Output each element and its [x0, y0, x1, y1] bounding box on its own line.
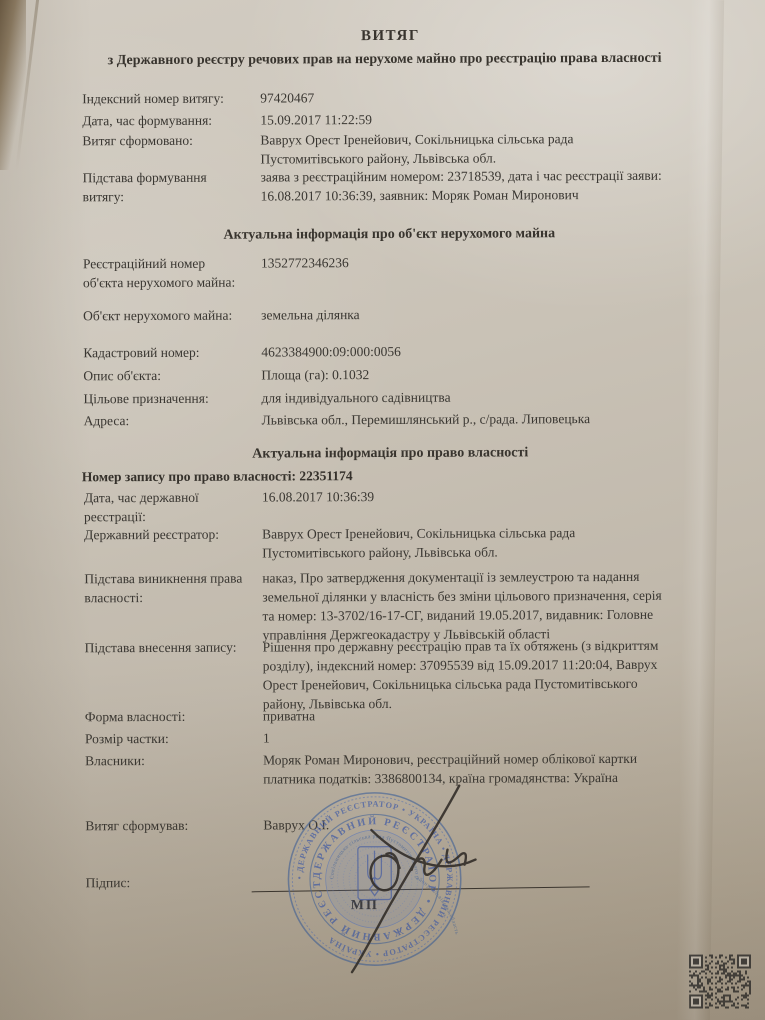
document-content: ВИТЯГ з Державного реєстру речових прав …	[0, 0, 765, 1020]
field-label: Опис об'єкта:	[83, 366, 245, 386]
field-value: земельна ділянка	[261, 303, 734, 324]
signature-label: Підпис:	[86, 873, 248, 893]
field-label: Індексний номер витягу:	[82, 89, 244, 109]
field-value: Площа (га): 0.1032	[261, 363, 734, 384]
document-title: ВИТЯГ	[38, 25, 743, 47]
field-value: розділу), індексний номер: 37095539 від …	[263, 654, 736, 675]
field-row: Підстава формування витягу: заява з реєс…	[83, 165, 734, 206]
field-label: Адреса:	[84, 411, 246, 431]
document-photo: ВИТЯГ з Державного реєстру речових прав …	[0, 0, 765, 1020]
field-label: Об'єкт нерухомого майна:	[83, 306, 245, 326]
field-row: Дата, час формування: 15.09.2017 11:22:5…	[82, 108, 733, 130]
field-label: Кадастровий номер:	[83, 343, 245, 363]
field-value: 16.08.2017 10:36:39	[262, 485, 735, 506]
field-label: Цільове призначення:	[83, 389, 245, 409]
field-row: Цільове призначення: для індивідуального…	[83, 386, 734, 408]
field-row: Індексний номер витягу: 97420467	[82, 86, 733, 108]
field-row: Підстава виникнення права власності: нак…	[84, 566, 735, 645]
field-label: Дата, час державної реєстрації:	[84, 488, 246, 527]
qr-code	[689, 954, 759, 1016]
field-value: наказ, Про затвердження документації із …	[262, 566, 735, 587]
field-label: Витяг сформував:	[85, 816, 247, 836]
field-row: Реєстраційний номер об'єкта нерухомого м…	[83, 251, 734, 292]
field-value: Львівська обл., Перемишлянський р., с/ра…	[262, 408, 735, 429]
field-label: Витяг сформовано:	[82, 131, 244, 151]
section-heading-ownership: Актуальна інформація про право власності	[40, 442, 741, 464]
field-value: 97420467	[260, 86, 733, 107]
field-value: та номер: 13-3702/16-17-СГ, виданий 19.0…	[262, 604, 735, 625]
field-label: Форма власності:	[85, 707, 247, 727]
field-value: 1	[263, 726, 736, 747]
field-value: Ваврух Орест Іренейович, Сокільницька сі…	[260, 128, 733, 149]
field-value: 4623384900:09:000:0056	[261, 340, 734, 361]
field-row: Розмір частки: 1	[85, 726, 736, 748]
field-value: Моряк Роман Миронович, реєстраційний ном…	[263, 748, 736, 769]
field-label: Підстава виникнення права власності:	[84, 569, 246, 608]
record-number-line: Номер запису про право власності: 223511…	[82, 464, 735, 486]
field-value: 1352772346236	[261, 251, 734, 272]
field-row: Форма власності: приватна	[85, 704, 736, 726]
field-value: для індивідуального садівництва	[261, 386, 734, 407]
field-value: Рішення про державну реєстрацію прав та …	[263, 635, 736, 656]
field-value: Ваврух Орест Іренейович, Сокільницька сі…	[262, 522, 735, 543]
field-value: заява з реєстраційним номером: 23718539,…	[261, 165, 734, 186]
field-label: Розмір частки:	[85, 729, 247, 749]
field-value: земельної ділянки у власність без зміни …	[262, 585, 735, 606]
field-label: Реєстраційний номер об'єкта нерухомого м…	[83, 254, 245, 293]
field-row: Державний реєстратор: Ваврух Орест Ірене…	[84, 522, 735, 563]
field-value: Пустомитівського району, Львівська обл.	[262, 541, 735, 562]
field-row: Опис об'єкта: Площа (га): 0.1032	[83, 363, 734, 385]
field-value: 16.08.2017 10:36:39, заявник: Моряк Рома…	[261, 184, 734, 205]
field-row: Витяг сформовано: Ваврух Орест Іренейови…	[82, 128, 733, 169]
field-row: Об'єкт нерухомого майна: земельна ділянк…	[83, 303, 734, 325]
field-row: Адреса: Львівська обл., Перемишлянський …	[84, 408, 735, 430]
field-value: Орест Іренейович, Сокільницька сільська …	[263, 673, 736, 694]
field-row: Дата, час державної реєстрації: 16.08.20…	[84, 485, 735, 526]
field-label: Державний реєстратор:	[84, 525, 246, 545]
field-label: Власники:	[85, 751, 247, 771]
field-label: Дата, час формування:	[82, 111, 244, 131]
handwritten-signature	[251, 771, 552, 982]
document-subtitle: з Державного реєстру речових прав на нер…	[26, 48, 743, 70]
field-label: Підстава формування витягу:	[83, 168, 245, 207]
field-row: Кадастровий номер: 4623384900:09:000:005…	[83, 340, 734, 362]
field-label: Підстава внесення запису:	[85, 638, 247, 658]
field-row: Підстава внесення запису: Рішення про де…	[85, 635, 736, 714]
field-value: 15.09.2017 11:22:59	[260, 108, 733, 129]
section-heading-object: Актуальна інформація про об'єкт нерухомо…	[39, 223, 740, 245]
field-value: приватна	[263, 704, 736, 725]
